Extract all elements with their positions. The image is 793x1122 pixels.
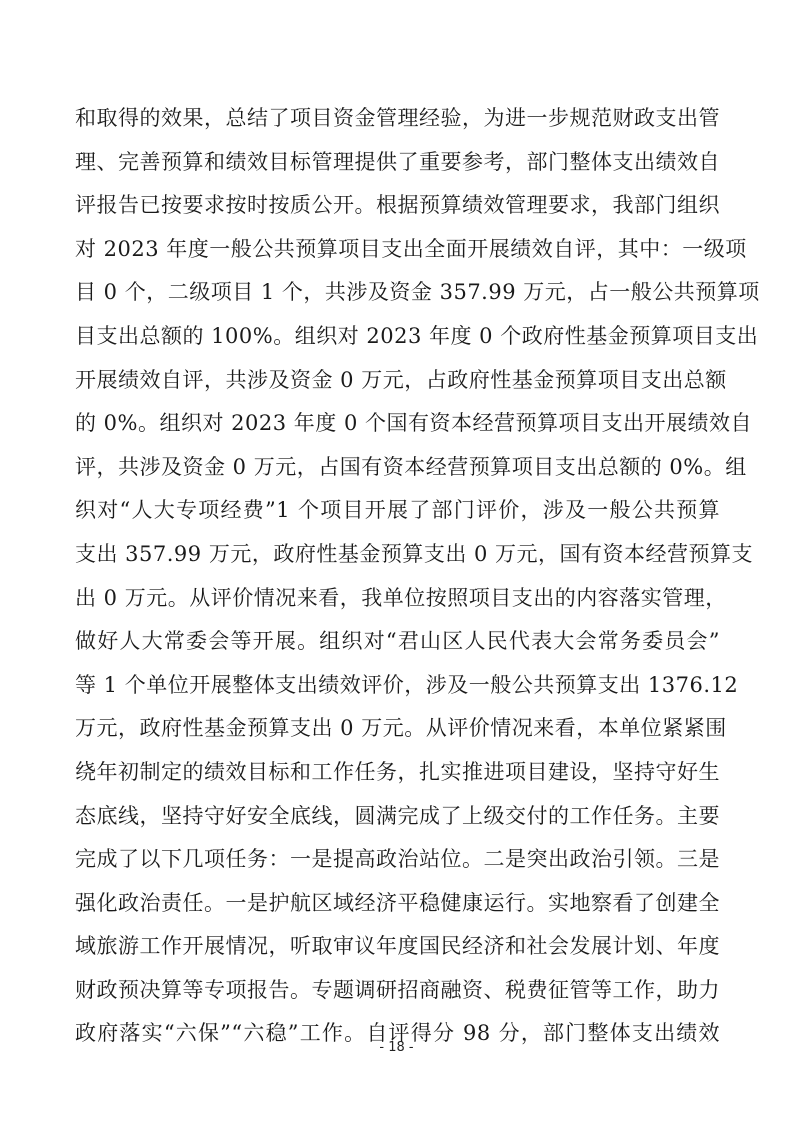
text-line: 强化政治责任。一是护航区域经济平稳健康运行。实地察看了创建全 xyxy=(75,882,720,926)
text-line: 做好人大常委会等开展。组织对“君山区人民代表大会常务委员会” xyxy=(75,620,720,664)
text-line: 域旅游工作开展情况，听取审议年度国民经济和社会发展计划、年度 xyxy=(75,925,720,969)
page-number: - 18 - xyxy=(0,1040,793,1055)
text-line: 目支出总额的 100%。组织对 2023 年度 0 个政府性基金预算项目支出 xyxy=(75,315,720,359)
text-line: 支出 357.99 万元，政府性基金预算支出 0 万元，国有资本经营预算支 xyxy=(75,533,720,577)
text-line: 的 0%。组织对 2023 年度 0 个国有资本经营预算项目支出开展绩效自 xyxy=(75,402,720,446)
text-line: 织对“人大专项经费”1 个项目开展了部门评价，涉及一般公共预算 xyxy=(75,489,720,533)
text-line: 理、完善预算和绩效目标管理提供了重要参考，部门整体支出绩效自 xyxy=(75,141,720,185)
text-line: 和取得的效果，总结了项目资金管理经验，为进一步规范财政支出管 xyxy=(75,97,720,141)
text-line: 完成了以下几项任务：一是提高政治站位。二是突出政治引领。三是 xyxy=(75,838,720,882)
text-line: 等 1 个单位开展整体支出绩效评价，涉及一般公共预算支出 1376.12 xyxy=(75,664,720,708)
text-line: 财政预决算等专项报告。专题调研招商融资、税费征管等工作，助力 xyxy=(75,969,720,1013)
text-line: 态底线，坚持守好安全底线，圆满完成了上级交付的工作任务。主要 xyxy=(75,795,720,839)
document-page: 和取得的效果，总结了项目资金管理经验，为进一步规范财政支出管 理、完善预算和绩效… xyxy=(0,0,793,1122)
text-line: 对 2023 年度一般公共预算项目支出全面开展绩效自评，其中：一级项 xyxy=(75,228,720,272)
text-line: 万元，政府性基金预算支出 0 万元。从评价情况来看，本单位紧紧围 xyxy=(75,707,720,751)
text-line: 评，共涉及资金 0 万元，占国有资本经营预算项目支出总额的 0%。组 xyxy=(75,446,720,490)
body-text: 和取得的效果，总结了项目资金管理经验，为进一步规范财政支出管 理、完善预算和绩效… xyxy=(75,97,720,1056)
text-line: 开展绩效自评，共涉及资金 0 万元，占政府性基金预算项目支出总额 xyxy=(75,359,720,403)
text-line: 目 0 个，二级项目 1 个，共涉及资金 357.99 万元，占一般公共预算项 xyxy=(75,271,720,315)
text-line: 绕年初制定的绩效目标和工作任务，扎实推进项目建设，坚持守好生 xyxy=(75,751,720,795)
text-line: 出 0 万元。从评价情况来看，我单位按照项目支出的内容落实管理， xyxy=(75,577,720,621)
text-line: 评报告已按要求按时按质公开。根据预算绩效管理要求，我部门组织 xyxy=(75,184,720,228)
